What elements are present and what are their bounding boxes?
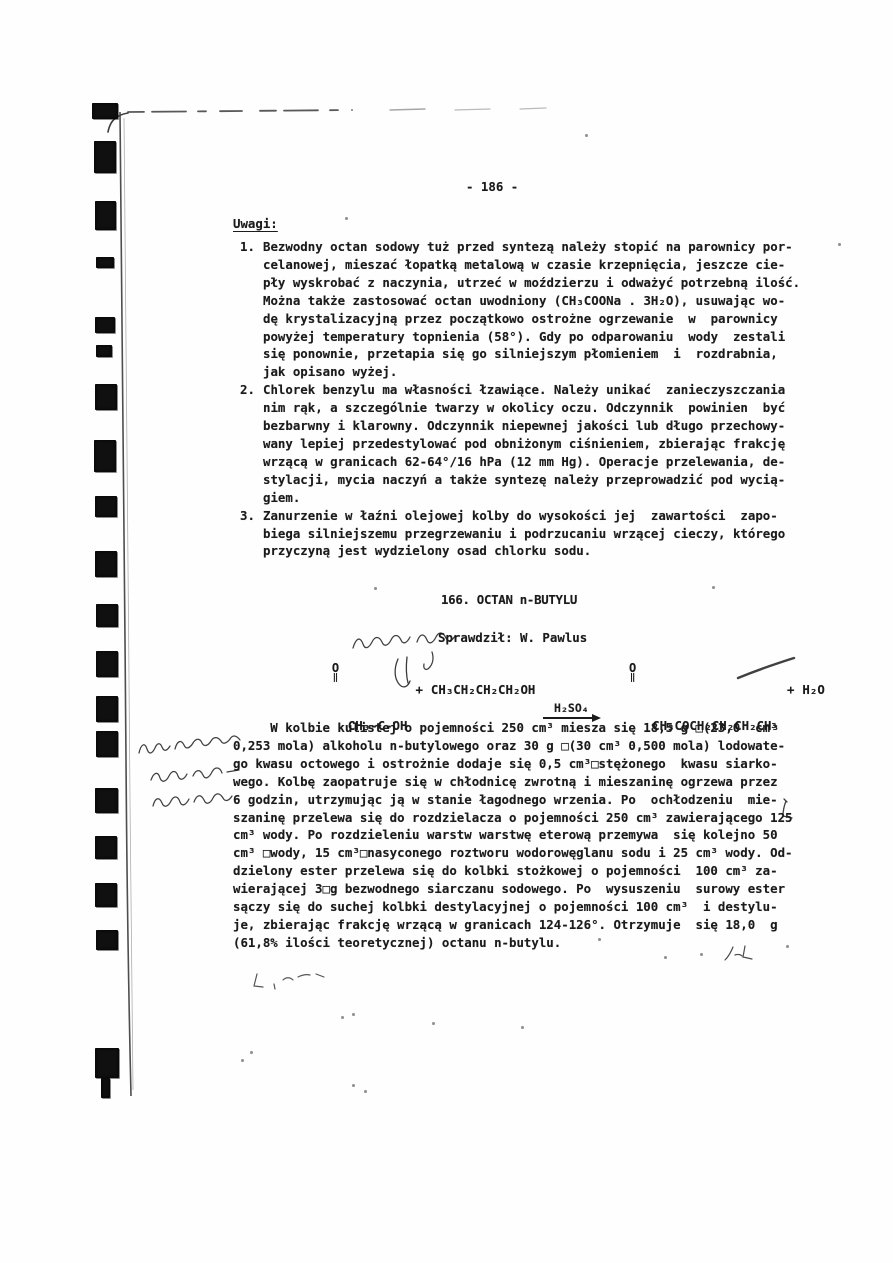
text-line: cm³ □wody, 15 cm³□nasyconego roztworu wo…: [233, 844, 793, 862]
note-text: Chlorek benzylu ma własności łzawiące. N…: [263, 381, 785, 506]
note-number: 1.: [240, 238, 263, 381]
scan-speck: [786, 945, 789, 948]
text-line: stylacji, mycia naczyń a także syntezę n…: [263, 471, 785, 489]
binder-hole-mark: [95, 201, 116, 230]
text-line: szaninę przelewa się do rozdzielacza o p…: [233, 809, 793, 827]
double-bond: ‖: [333, 674, 338, 684]
text-line: się ponownie, przetapia się go silniejsz…: [263, 345, 800, 363]
text-line: 6 godzin, utrzymując ją w stanie łagodne…: [233, 791, 793, 809]
text-line: giem.: [263, 489, 785, 507]
binder-hole-mark: [95, 883, 117, 907]
note-text: Bezwodny octan sodowy tuż przed syntezą …: [263, 238, 800, 381]
text-line: (61,8% ilości teoretycznej) octanu n-but…: [233, 934, 793, 952]
scan-speck: [241, 1059, 244, 1062]
bottom-left-scribble: [254, 974, 324, 989]
notes-heading: Uwagi:: [233, 215, 278, 233]
text-line: dę krystalizacyjną przez początkowo ostr…: [263, 310, 800, 328]
binder-hole-mark: [94, 141, 116, 173]
carbonyl-group: O ‖: [629, 664, 636, 683]
scan-speck: [664, 956, 667, 959]
binder-hole-mark: [96, 257, 114, 268]
text-line: 0,253 mola) alkoholu n-butylowego oraz 3…: [233, 737, 793, 755]
note-text: Zanurzenie w łaźni olejowej kolby do wys…: [263, 507, 785, 561]
scan-speck: [345, 217, 348, 220]
plus-sign: +: [415, 681, 422, 699]
scan-speck: [598, 938, 601, 941]
carbonyl-group: O ‖: [332, 664, 339, 683]
pen-stroke: [738, 658, 794, 678]
text-line: cm³ wody. Po rozdzieleniu warstw warstwę…: [233, 826, 793, 844]
binder-hole-mark: [101, 1078, 110, 1098]
binder-hole-mark: [95, 788, 118, 813]
procedure-paragraph: W kolbie kulistej o pojemności 250 cm³ m…: [233, 719, 793, 952]
binder-hole-mark: [92, 103, 118, 119]
text-line: sączy się do suchej kolbki destylacyjnej…: [233, 898, 793, 916]
binder-hole-mark: [96, 930, 118, 950]
text-line: wego. Kolbę zaopatruje się w chłodnicę z…: [233, 773, 793, 791]
binder-hole-mark: [96, 696, 118, 722]
text-line: jak opisano wyżej.: [263, 363, 800, 381]
handwritten-marginalia: [139, 736, 240, 806]
text-line: Można także zastosować octan uwodniony (…: [263, 292, 800, 310]
note-item-3: 3. Zanurzenie w łaźni olejowej kolby do …: [240, 507, 800, 561]
binder-hole-mark: [96, 731, 118, 757]
scan-speck: [585, 134, 588, 137]
page-curl-line: [108, 108, 546, 132]
scan-speck: [521, 1026, 524, 1029]
binder-hole-mark: [95, 836, 117, 859]
catalyst-label: H₂SO₄: [554, 702, 589, 714]
binder-hole-mark: [96, 345, 112, 357]
scan-speck: [250, 1051, 253, 1054]
binder-hole-mark: [94, 440, 116, 472]
text-line: Zanurzenie w łaźni olejowej kolby do wys…: [263, 507, 785, 525]
scanned-document-page: - 186 - Uwagi: 1. Bezwodny octan sodowy …: [0, 0, 893, 1263]
scan-speck: [700, 953, 703, 956]
binder-hole-mark: [95, 496, 117, 517]
binder-hole-mark: [95, 1048, 119, 1078]
page-number: - 186 -: [466, 178, 518, 196]
checked-by-line: Sprawdził: W. Pawlus: [438, 629, 587, 647]
scan-speck: [352, 1084, 355, 1087]
binder-hole-mark: [95, 317, 115, 333]
butanol-formula: CH₃CH₂CH₂CH₂OH: [431, 681, 535, 699]
binder-hole-mark: [96, 651, 118, 677]
text-line: dzielony ester przelewa się do kolbki st…: [233, 862, 793, 880]
text-line: wany lepiej przedestylować pod obniżonym…: [263, 435, 785, 453]
binder-hole-mark: [96, 604, 118, 627]
note-item-1: 1. Bezwodny octan sodowy tuż przed synte…: [240, 238, 800, 381]
binder-hole-mark: [95, 384, 117, 410]
plus-sign: +: [787, 681, 794, 699]
scan-speck: [352, 1013, 355, 1016]
scan-speck: [341, 1016, 344, 1019]
text-line: bezbarwny i klarowny. Odczynnik niepewne…: [263, 417, 785, 435]
section-title: 166. OCTAN n-BUTYLU: [441, 591, 577, 609]
note-item-2: 2. Chlorek benzylu ma własności łzawiące…: [240, 381, 800, 506]
binder-hole-mark: [95, 551, 117, 577]
reaction-arrow: H₂SO₄: [543, 702, 599, 719]
scan-speck: [712, 586, 715, 589]
text-line: powyżej temperatury topnienia (58°). Gdy…: [263, 328, 800, 346]
text-line: wrzącą w granicach 62-64°/16 hPa (12 mm …: [263, 453, 785, 471]
page-edge-line: [120, 112, 133, 1096]
text-line: biega silniejszemu przegrzewaniu i podrz…: [263, 525, 785, 543]
scan-speck: [364, 1090, 367, 1093]
text-line: pły wyskrobać z naczynia, utrzeć w moźdz…: [263, 274, 800, 292]
note-number: 3.: [240, 507, 263, 561]
water-formula: H₂O: [802, 681, 824, 699]
scan-speck: [838, 243, 841, 246]
text-line: przyczyną jest wydzielony osad chlorku s…: [263, 542, 785, 560]
text-line: nim rąk, a szczególnie twarzy w okolicy …: [263, 399, 785, 417]
text-line: wierającej 3□g bezwodnego siarczanu sodo…: [233, 880, 793, 898]
text-line: go kwasu octowego i ostrożnie dodaje się…: [233, 755, 793, 773]
text-line: Bezwodny octan sodowy tuż przed syntezą …: [263, 238, 800, 256]
note-number: 2.: [240, 381, 263, 506]
text-line: W kolbie kulistej o pojemności 250 cm³ m…: [233, 719, 793, 737]
text-line: je, zbierając frakcję wrzącą w granicach…: [233, 916, 793, 934]
scan-speck: [432, 1022, 435, 1025]
text-line: celanowej, mieszać łopatką metalową w cz…: [263, 256, 800, 274]
double-bond: ‖: [630, 674, 635, 684]
scan-speck: [374, 587, 377, 590]
text-line: Chlorek benzylu ma własności łzawiące. N…: [263, 381, 785, 399]
notes-list: 1. Bezwodny octan sodowy tuż przed synte…: [240, 238, 800, 560]
